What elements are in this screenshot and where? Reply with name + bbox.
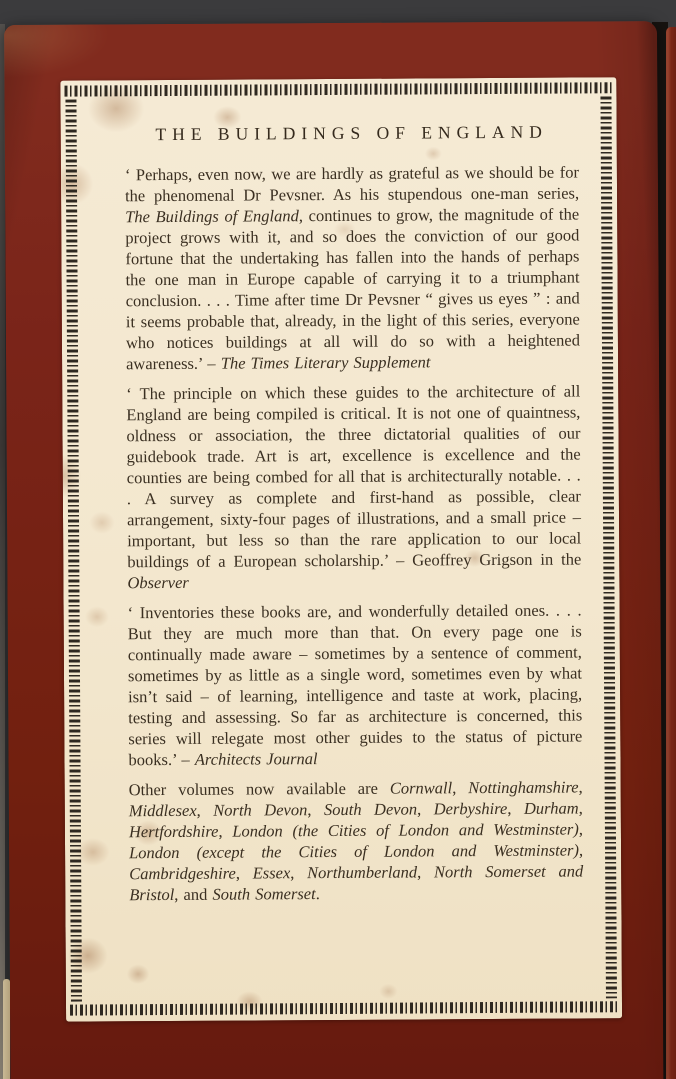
other-volumes-note: Other volumes now available are Cornwall… (129, 776, 584, 905)
adjacent-book-edge (666, 27, 676, 1079)
blurb-panel: THE BUILDINGS OF ENGLAND ‘ Perhaps, even… (60, 77, 622, 1021)
blurb-content: THE BUILDINGS OF ENGLAND ‘ Perhaps, even… (60, 77, 622, 1021)
series-title: THE BUILDINGS OF ENGLAND (125, 121, 579, 145)
review-quote-times-literary-supplement: ‘ Perhaps, even now, we are hardly as gr… (125, 161, 580, 374)
review-quote-observer: ‘ The principle on which these guides to… (126, 380, 581, 593)
book-back-cover: THE BUILDINGS OF ENGLAND ‘ Perhaps, even… (4, 21, 663, 1079)
review-quote-architects-journal: ‘ Inventories these books are, and wonde… (128, 599, 583, 770)
book-scan-scene: THE BUILDINGS OF ENGLAND ‘ Perhaps, even… (0, 0, 676, 1079)
page-block-edge (3, 979, 10, 1079)
